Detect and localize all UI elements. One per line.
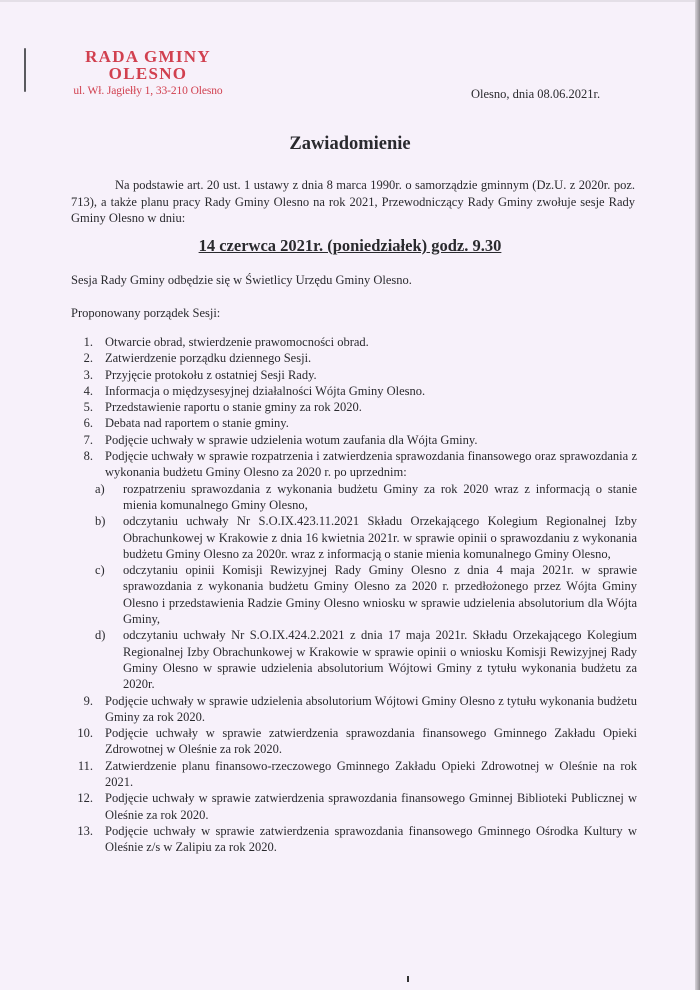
agenda-item: 9.Podjęcie uchwały w sprawie udzielenia … [71,693,637,726]
agenda-item-text: Podjęcie uchwały w sprawie zatwierdzenia… [105,725,637,758]
agenda-item-text: Otwarcie obrad, stwierdzenie prawomocnoś… [105,334,637,350]
agenda-subitem-letter: a) [71,481,123,514]
agenda-item-text: Podjęcie uchwały w sprawie zatwierdzenia… [105,823,637,856]
agenda-item-number: 11. [71,758,105,791]
agenda-item-text: Podjęcie uchwały w sprawie udzielenia ab… [105,693,637,726]
intro-paragraph: Na podstawie art. 20 ust. 1 ustawy z dni… [71,177,635,227]
session-place: Sesja Rady Gminy odbędzie się w Świetlic… [71,273,412,288]
agenda-subitem-letter: b) [71,513,123,562]
session-datetime: 14 czerwca 2021r. (poniedziałek) godz. 9… [0,236,700,256]
letterhead-stamp: RADA GMINY OLESNO ul. Wł. Jagiełły 1, 33… [58,48,238,98]
agenda-item-number: 12. [71,790,105,823]
agenda-item-text: Podjęcie uchwały w sprawie rozpatrzenia … [105,448,637,481]
agenda-item-number: 10. [71,725,105,758]
agenda-item: 6.Debata nad raportem o stanie gminy. [71,415,637,431]
agenda-subitem-letter: c) [71,562,123,627]
agenda-label: Proponowany porządek Sesji: [71,306,220,321]
agenda-item: 11.Zatwierdzenie planu finansowo-rzeczow… [71,758,637,791]
letterhead-line1: RADA GMINY [58,48,238,65]
scan-speck [407,976,409,982]
agenda-subitem: a)rozpatrzeniu sprawozdania z wykonania … [71,481,637,514]
agenda-item-number: 3. [71,367,105,383]
scan-edge-top [0,0,700,2]
agenda-item-number: 13. [71,823,105,856]
agenda-item-text: Przedstawienie raportu o stanie gminy za… [105,399,637,415]
document-title: Zawiadomienie [0,134,700,155]
agenda-subitem-text: odczytaniu uchwały Nr S.O.IX.423.11.2021… [123,513,637,562]
document-page: RADA GMINY OLESNO ul. Wł. Jagiełły 1, 33… [0,0,700,990]
agenda-item-text: Debata nad raportem o stanie gminy. [105,415,637,431]
agenda-item: 4.Informacja o międzysesyjnej działalnoś… [71,383,637,399]
letterhead-line2: OLESNO [58,65,238,82]
agenda-item-text: Zatwierdzenie planu finansowo-rzeczowego… [105,758,637,791]
agenda-item-number: 6. [71,415,105,431]
agenda-subitem-text: rozpatrzeniu sprawozdania z wykonania bu… [123,481,637,514]
agenda-item-number: 5. [71,399,105,415]
agenda-item-number: 8. [71,448,105,481]
agenda-item-number: 7. [71,432,105,448]
agenda-item: 13.Podjęcie uchwały w sprawie zatwierdze… [71,823,637,856]
agenda-item: 2.Zatwierdzenie porządku dziennego Sesji… [71,350,637,366]
intro-text: Na podstawie art. 20 ust. 1 ustawy z dni… [71,178,635,225]
agenda-item-text: Przyjęcie protokołu z ostatniej Sesji Ra… [105,367,637,383]
letterhead-address: ul. Wł. Jagiełły 1, 33-210 Olesno [58,84,238,98]
agenda-item-text: Informacja o międzysesyjnej działalności… [105,383,637,399]
agenda-item-number: 4. [71,383,105,399]
margin-pen-mark [24,48,26,92]
agenda-item-text: Podjęcie uchwały w sprawie udzielenia wo… [105,432,637,448]
agenda-list: 1.Otwarcie obrad, stwierdzenie prawomocn… [71,334,637,856]
agenda-item: 12.Podjęcie uchwały w sprawie zatwierdze… [71,790,637,823]
agenda-item-text: Podjęcie uchwały w sprawie zatwierdzenia… [105,790,637,823]
agenda-subitem-text: odczytaniu uchwały Nr S.O.IX.424.2.2021 … [123,627,637,692]
agenda-subitem: b)odczytaniu uchwały Nr S.O.IX.423.11.20… [71,513,637,562]
agenda-item: 3.Przyjęcie protokołu z ostatniej Sesji … [71,367,637,383]
agenda-item: 1.Otwarcie obrad, stwierdzenie prawomocn… [71,334,637,350]
agenda-item-number: 2. [71,350,105,366]
agenda-item: 7.Podjęcie uchwały w sprawie udzielenia … [71,432,637,448]
document-date: Olesno, dnia 08.06.2021r. [471,87,600,102]
agenda-subitem: c)odczytaniu opinii Komisji Rewizyjnej R… [71,562,637,627]
agenda-item: 5.Przedstawienie raportu o stanie gminy … [71,399,637,415]
agenda-item-text: Zatwierdzenie porządku dziennego Sesji. [105,350,637,366]
agenda-item: 8.Podjęcie uchwały w sprawie rozpatrzeni… [71,448,637,481]
agenda-item-number: 9. [71,693,105,726]
agenda-item: 10.Podjęcie uchwały w sprawie zatwierdze… [71,725,637,758]
agenda-subitem-letter: d) [71,627,123,692]
agenda-subitem: d)odczytaniu uchwały Nr S.O.IX.424.2.202… [71,627,637,692]
agenda-subitem-text: odczytaniu opinii Komisji Rewizyjnej Rad… [123,562,637,627]
agenda-item-number: 1. [71,334,105,350]
